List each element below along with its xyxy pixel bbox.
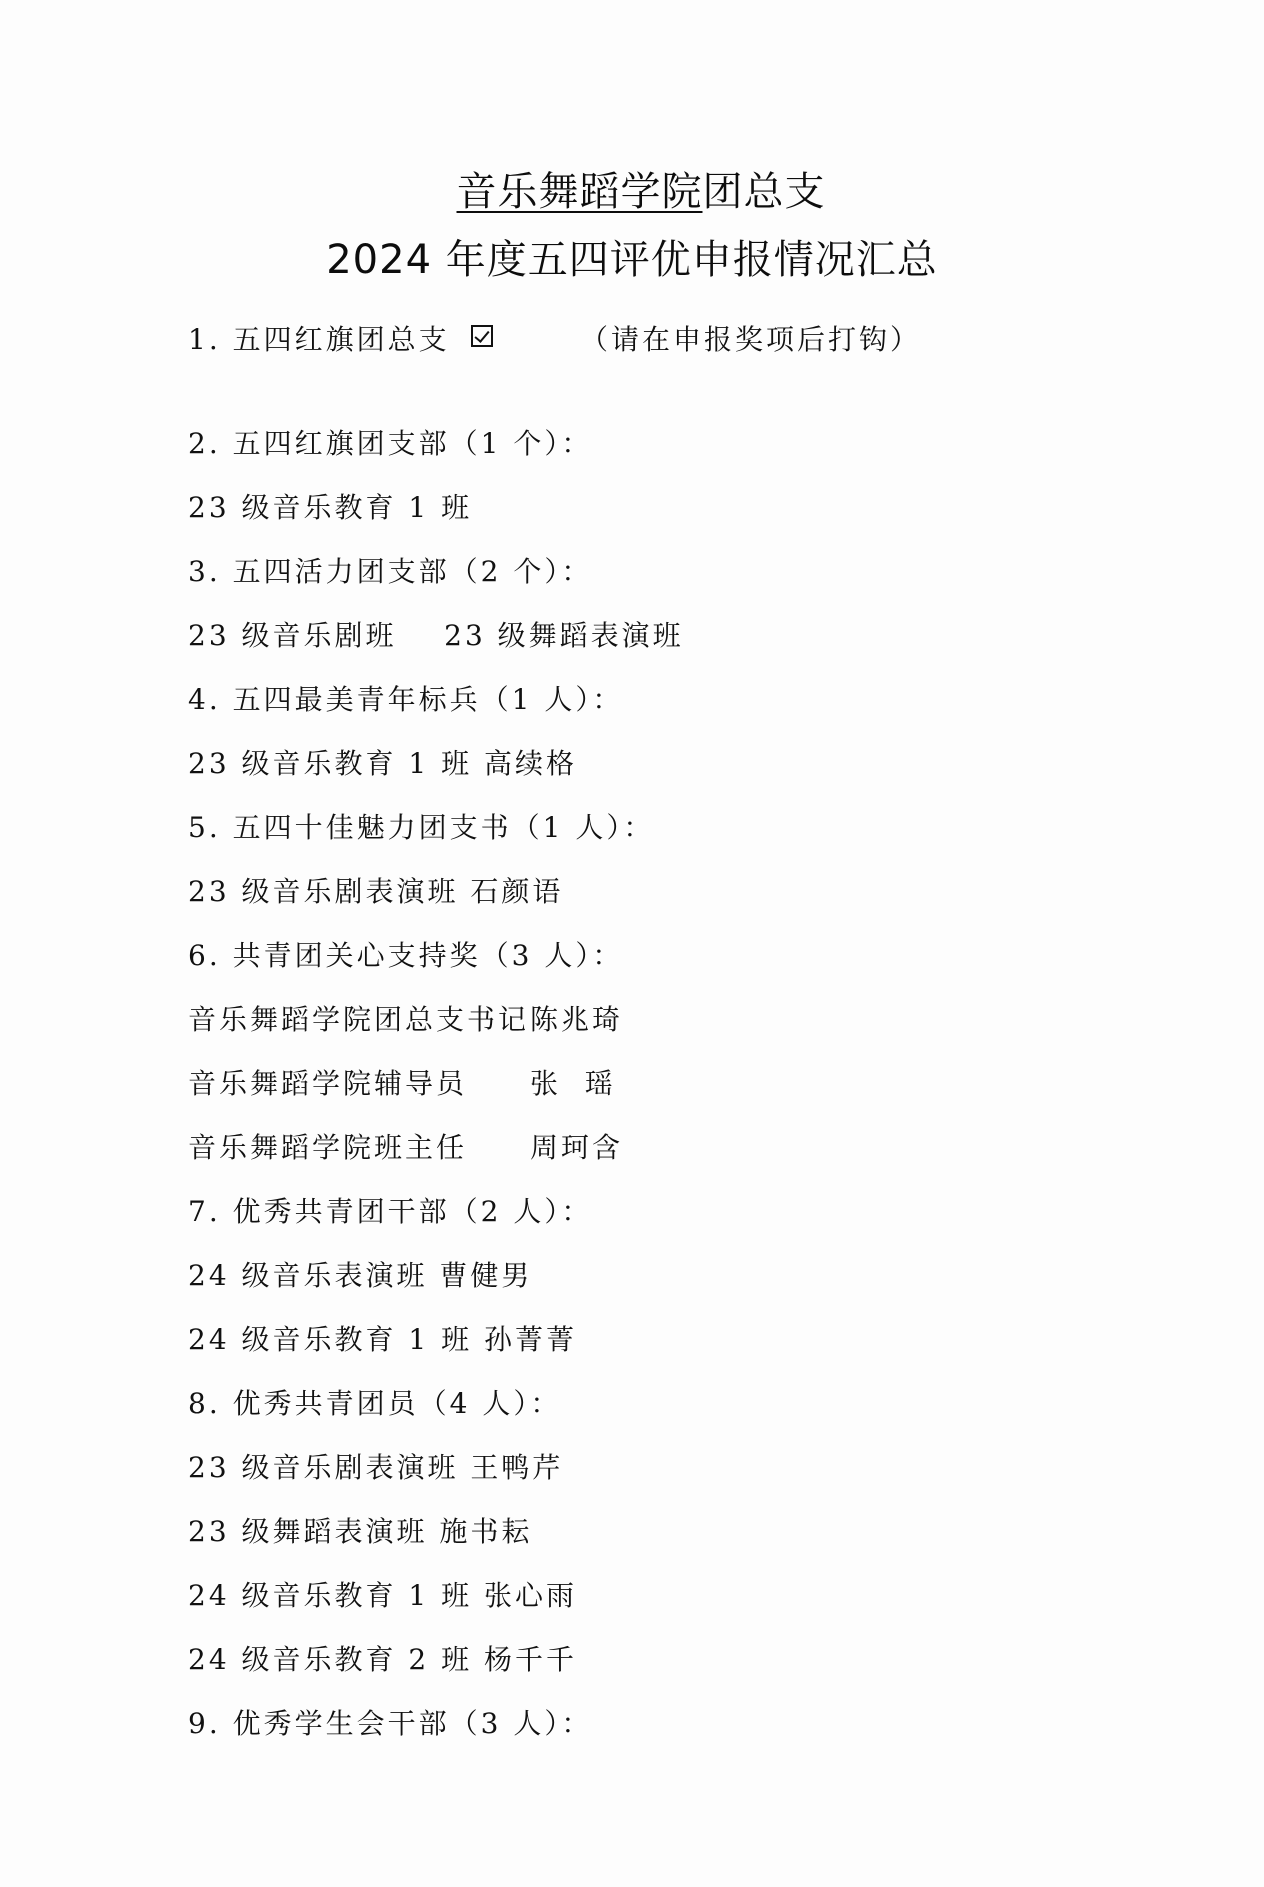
section-heading-2: 2. 五四红旗团支部（1 个）： [188,422,592,462]
list-item: 23 级音乐教育 1 班 [188,486,472,526]
list-item-name: 周珂含 [530,1126,623,1166]
title-college-name: 音乐舞蹈学院 [439,169,703,215]
list-item: 24 级音乐教育 1 班 张心雨 [188,1574,577,1614]
section-heading-7: 7. 优秀共青团干部（2 人）： [188,1190,592,1230]
section-heading-5: 5. 五四十佳魅力团支书（1 人）： [188,806,654,846]
title-org-suffix: 团总支 [703,169,826,215]
list-item: 23 级音乐剧班 23 级舞蹈表演班 [188,614,684,654]
list-item-name: 陈兆琦 [530,998,623,1038]
list-item: 24 级音乐教育 2 班 杨千千 [188,1638,577,1678]
section-heading-8: 8. 优秀共青团员（4 人）： [188,1382,561,1422]
section-heading-4: 4. 五四最美青年标兵（1 人）： [188,678,623,718]
document-title-line-1: 音乐舞蹈学院团总支 [0,160,1264,217]
section-heading-1: 1. 五四红旗团总支 [188,318,450,358]
section-heading-6: 6. 共青团关心支持奖（3 人）： [188,934,623,974]
document-page: 音乐舞蹈学院团总支 2024 年度五四评优申报情况汇总 1. 五四红旗团总支 （… [0,0,1264,1887]
section-heading-3: 3. 五四活力团支部（2 个）： [188,550,592,590]
list-item: 23 级音乐剧表演班 王鸭芹 [188,1446,563,1486]
list-item-role: 音乐舞蹈学院团总支书记 [188,998,529,1038]
list-item-role: 音乐舞蹈学院班主任 [188,1126,467,1166]
list-item: 23 级舞蹈表演班 施书耘 [188,1510,532,1550]
checked-box-icon[interactable] [471,325,493,347]
list-item: 23 级音乐教育 1 班 高续格 [188,742,577,782]
list-item-name: 张 瑶 [530,1062,616,1102]
list-item: 24 级音乐教育 1 班 孙菁菁 [188,1318,577,1358]
list-item: 23 级音乐剧表演班 石颜语 [188,870,563,910]
list-item-role: 音乐舞蹈学院辅导员 [188,1062,467,1102]
instruction-note: （请在申报奖项后打钩） [580,318,921,358]
document-title-line-2: 2024 年度五四评优申报情况汇总 [0,228,1264,285]
section-heading-9: 9. 优秀学生会干部（3 人）： [188,1702,592,1742]
list-item: 24 级音乐表演班 曹健男 [188,1254,532,1294]
